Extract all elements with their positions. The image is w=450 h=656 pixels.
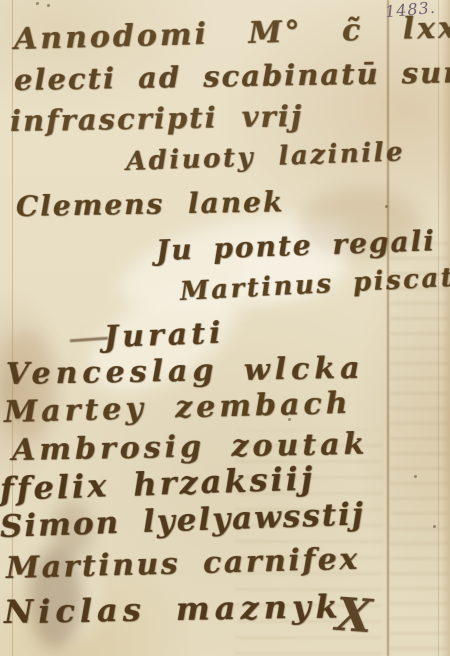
ink-speck (433, 525, 436, 528)
ruled-line-right-margin (438, 0, 439, 656)
manuscript-line-name: Venceslag wlcka (6, 351, 365, 392)
x-tally-mark: X (334, 587, 373, 643)
ink-speck (36, 2, 39, 5)
manuscript-line: infrascripti vrij (10, 99, 304, 138)
page-edge-shadow (441, 0, 450, 656)
manuscript-line-name: Martey zembach (4, 386, 352, 430)
ruled-line-column-divider (387, 0, 389, 656)
manuscript-line: Clemens lanek (16, 185, 285, 223)
ink-speck (47, 4, 50, 7)
manuscript-heading-jurati: Jurati (103, 316, 225, 355)
manuscript-page: 1483. Annodomi M° c̃ lxxxiij° electi ad … (0, 0, 450, 656)
ink-speck (414, 475, 417, 478)
manuscript-line: electi ad scabinatū sunt (14, 55, 450, 97)
manuscript-line-name: Niclas maznyk (4, 587, 343, 631)
manuscript-line: Adiuoty lazinile (125, 137, 405, 177)
manuscript-line-year: Annodomi M° c̃ lxxxiij° (14, 8, 450, 57)
